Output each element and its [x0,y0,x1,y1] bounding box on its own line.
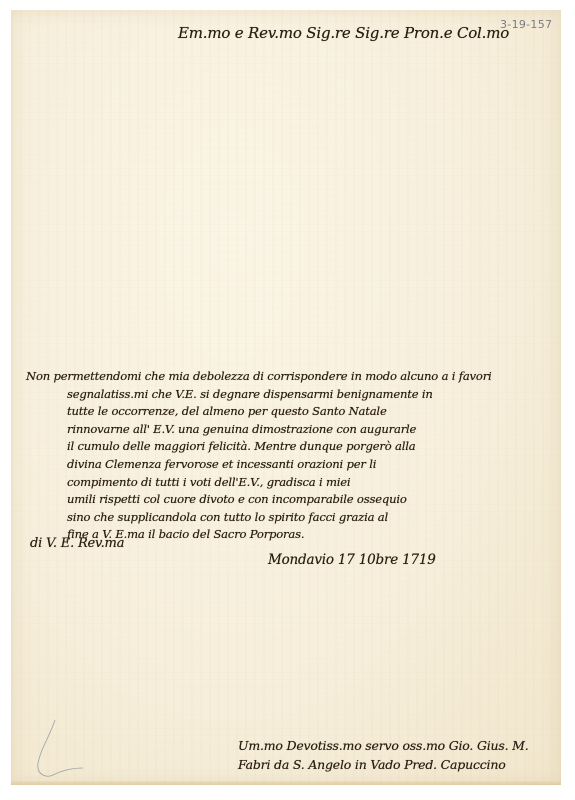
pencil-mark-icon [33,718,93,783]
body-line: il cumulo delle maggiori felicità. Mentr… [67,438,492,456]
body-line: umili rispetti col cuore divoto e con in… [67,491,492,509]
body-line: segnalatiss.mi che V.E. si degnare dispe… [67,386,492,404]
paper-edge [11,781,561,785]
body-line: tutte le occorrenze, del almeno per ques… [67,403,492,421]
signature-line-1: Um.mo Devotiss.mo servo oss.mo Gio. Gius… [238,738,529,753]
body-line: Non permettendomi che mia debolezza di c… [26,368,492,386]
place-date: Mondavio 17 10bre 1719 [268,552,436,568]
body-line: sino che supplicandola con tutto lo spir… [67,509,492,527]
body-line: divina Clemenza fervorose et incessanti … [67,456,492,474]
signature-line-2: Fabri da S. Angelo in Vado Pred. Capucci… [238,757,506,772]
closing-formula: di V. E. Rev.ma [30,536,124,551]
letter-body: Non permettendomi che mia debolezza di c… [26,368,492,544]
body-line: rinnovarne all' E.V. una genuina dimostr… [67,421,492,439]
body-line: fine a V. E.ma il bacio del Sacro Porpor… [67,526,492,544]
salutation-header: Em.mo e Rev.mo Sig.re Sig.re Pron.e Col.… [178,24,509,42]
body-line: compimento di tutti i voti dell'E.V., gr… [67,474,492,492]
